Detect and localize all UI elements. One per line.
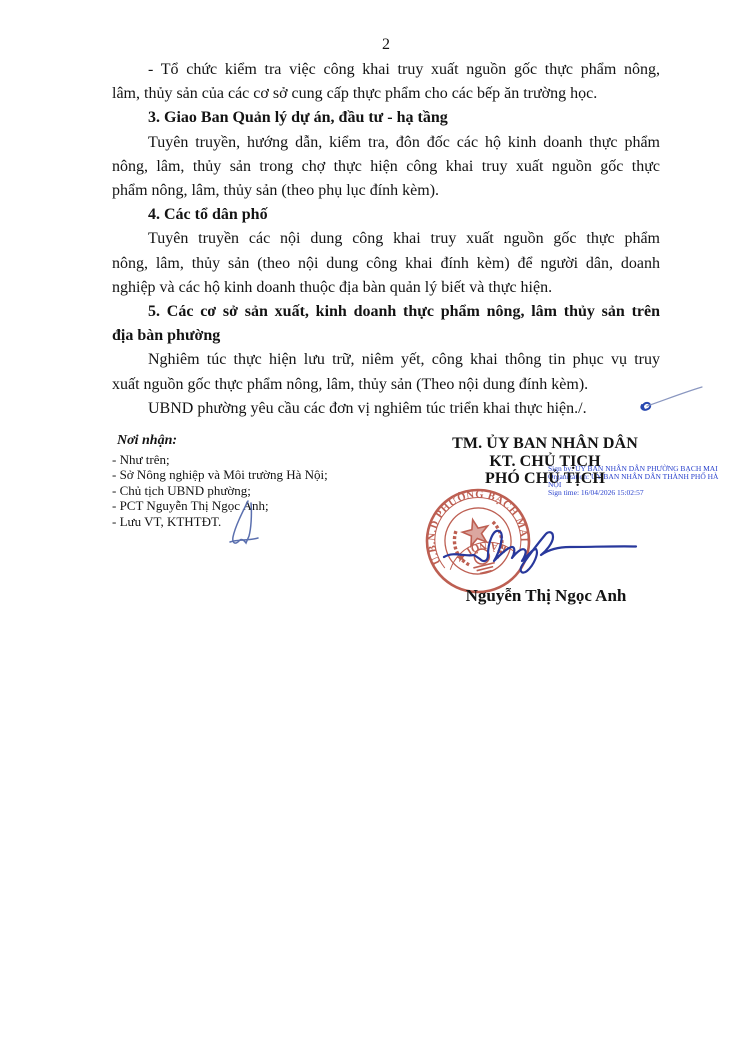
section-heading-line: 4. Các tổ dân phố	[112, 203, 660, 227]
signing-role: PHÓ CHỦ TỊCH	[415, 470, 675, 488]
recipient-item: - Như trên;	[112, 452, 372, 468]
body-text-line: Tuyên truyền, hướng dẫn, kiểm tra, đôn đ…	[112, 131, 660, 155]
recipients-heading: Nơi nhận:	[112, 433, 372, 449]
section-heading-line: 5. Các cơ sở sản xuất, kinh doanh thực p…	[112, 300, 660, 324]
body-text-line: nông, lâm, thủy sản trong chợ thực hiện …	[112, 155, 660, 179]
digital-signature-line: Sign time: 16/04/2026 15:02:57	[548, 489, 740, 497]
handwritten-signature	[430, 505, 650, 580]
body-text-line: nông, lâm, thủy sản (theo nội dung công …	[112, 252, 660, 276]
initials-paraph-icon	[634, 384, 706, 414]
body-text-line: nghiệp và các hộ kinh doanh thuộc địa bà…	[112, 276, 660, 300]
body-text-line: UBND phường yêu cầu các đơn vị nghiêm tú…	[112, 397, 660, 421]
signing-delegation: KT. CHỦ TỊCH	[415, 453, 675, 471]
page-number: 2	[112, 36, 660, 54]
recipient-item: - Sở Nông nghiệp và Môi trường Hà Nội;	[112, 467, 372, 483]
signature-headings: TM. ỦY BAN NHÂN DÂN KT. CHỦ TỊCH PHÓ CHỦ…	[415, 435, 675, 488]
body-text-line: xuất nguồn gốc thực phẩm nông, lâm, thủy…	[112, 373, 660, 397]
body-text-line: - Tổ chức kiểm tra việc công khai truy x…	[112, 58, 660, 82]
handwritten-signature-icon	[430, 505, 650, 580]
body-text-line: phẩm nông, lâm, thủy sản (theo phụ lục đ…	[112, 179, 660, 203]
body-text-line: lâm, thủy sản của các cơ sở cung cấp thự…	[112, 82, 660, 106]
section-heading-line: 3. Giao Ban Quản lý dự án, đầu tư - hạ t…	[112, 106, 660, 130]
signing-authority: TM. ỦY BAN NHÂN DÂN	[415, 435, 675, 453]
document-body: - Tổ chức kiểm tra việc công khai truy x…	[112, 58, 660, 421]
body-text-line: Nghiêm túc thực hiện lưu trữ, niêm yết, …	[112, 348, 660, 372]
body-text-line: Tuyên truyền các nội dung công khai truy…	[112, 227, 660, 251]
clerk-paraph-icon	[220, 497, 268, 551]
section-heading-line: địa bàn phường	[112, 324, 660, 348]
signer-name: Nguyễn Thị Ngọc Anh	[426, 586, 666, 606]
document-page: 2 - Tổ chức kiểm tra việc công khai truy…	[0, 0, 740, 1046]
